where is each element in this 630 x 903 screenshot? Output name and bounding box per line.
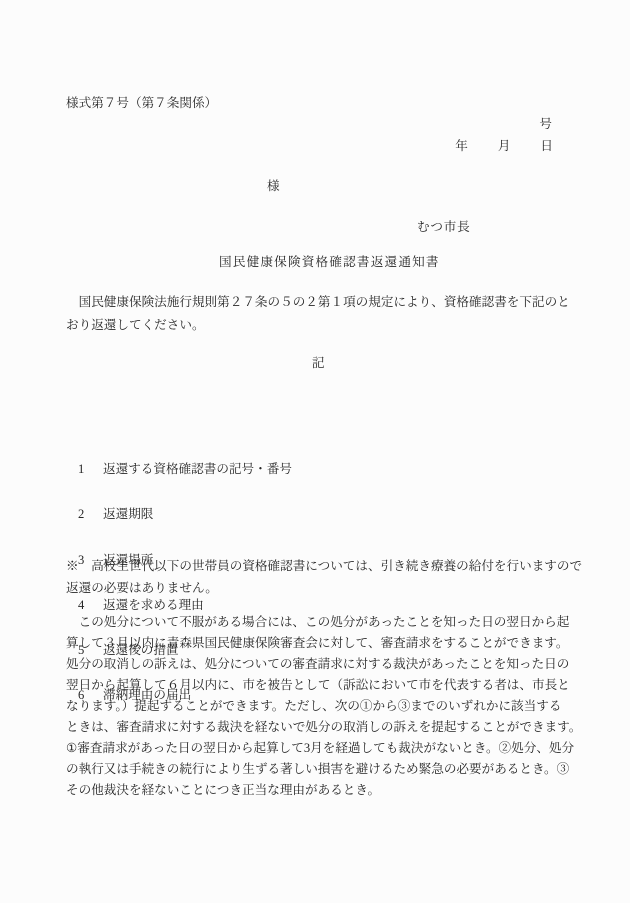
list-item-label: 返還を求める理由 [103,598,204,612]
list-item-number: 2 [78,504,103,524]
form-id: 様式第７号（第７条関係） [66,97,217,110]
document-date-line: 年月日 [455,140,553,153]
date-month-label: 月 [498,139,511,153]
appeal-paragraph: この処分について不服がある場合には、この処分があったことを知った日の翌日から起 … [66,612,581,801]
document-number-suffix: 号 [539,117,552,131]
date-year-label: 年 [455,139,468,153]
document-page: 様式第７号（第７条関係） 号 年月日 様 むつ市長 国民健康保険資格確認書返還通… [0,0,630,903]
list-heading: 記 [312,357,325,370]
note-paragraph: ※ 高校生世代以下の世帯員の資格確認書については、引き続き療養の給付を行いますの… [66,555,582,599]
date-day-label: 日 [540,139,553,153]
document-title: 国民健康保険資格確認書返還通知書 [219,256,440,269]
list-item-label: 返還期限 [103,507,153,521]
addressee-suffix: 様 [267,180,280,193]
sender-name: むつ市長 [417,221,471,234]
list-item: 2返還期限 [78,504,292,524]
document-number-line: 号 [539,118,552,131]
list-item: 1返還する資格確認書の記号・番号 [78,459,292,479]
list-item-label: 返還する資格確認書の記号・番号 [103,462,292,476]
intro-paragraph: 国民健康保険法施行規則第２７条の５の２第１項の規定により、資格確認書を下記のと … [66,291,570,337]
list-item-number: 1 [78,459,103,479]
